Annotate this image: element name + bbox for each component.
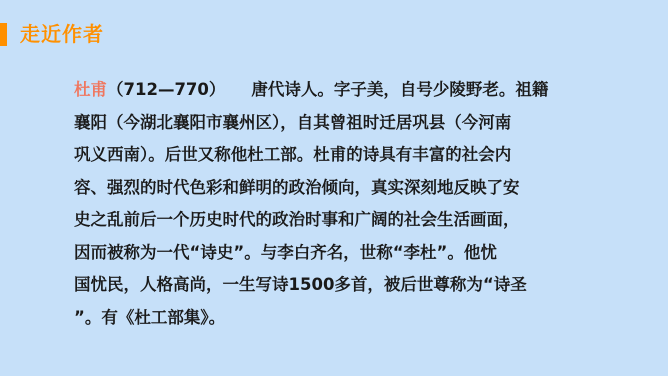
- bio-line-8: ”。有《杜工部集》。: [74, 302, 594, 335]
- author-bio: 杜甫（712—770）唐代诗人。字子美，自号少陵野老。祖籍 襄阳（今湖北襄阳市襄…: [74, 74, 594, 334]
- bio-line-3: 巩义西南）。后世又称他杜工部。杜甫的诗具有丰富的社会内: [74, 139, 594, 172]
- author-years: （712—770）: [107, 80, 225, 99]
- bio-line-5: 史之乱前后一个历史时代的政治时事和广阔的社会生活画面，: [74, 204, 594, 237]
- bio-line-4: 容、强烈的时代色彩和鲜明的政治倾向，真实深刻地反映了安: [74, 172, 594, 205]
- author-name: 杜甫: [74, 80, 107, 99]
- bio-line-7: 国忧民，人格高尚，一生写诗1500多首，被后世尊称为“诗圣: [74, 269, 594, 302]
- bio-line-2: 襄阳（今湖北襄阳市襄州区），自其曾祖时迁居巩县（今河南: [74, 107, 594, 140]
- bio-line-6: 因而被称为一代“诗史”。与李白齐名，世称“李杜”。他忧: [74, 237, 594, 270]
- bio-text: 唐代诗人。字子美，自号少陵野老。祖籍: [251, 80, 548, 99]
- bio-line-1: 杜甫（712—770）唐代诗人。字子美，自号少陵野老。祖籍: [74, 74, 594, 107]
- title-accent-bar: [0, 23, 7, 46]
- section-title: 走近作者: [20, 19, 104, 49]
